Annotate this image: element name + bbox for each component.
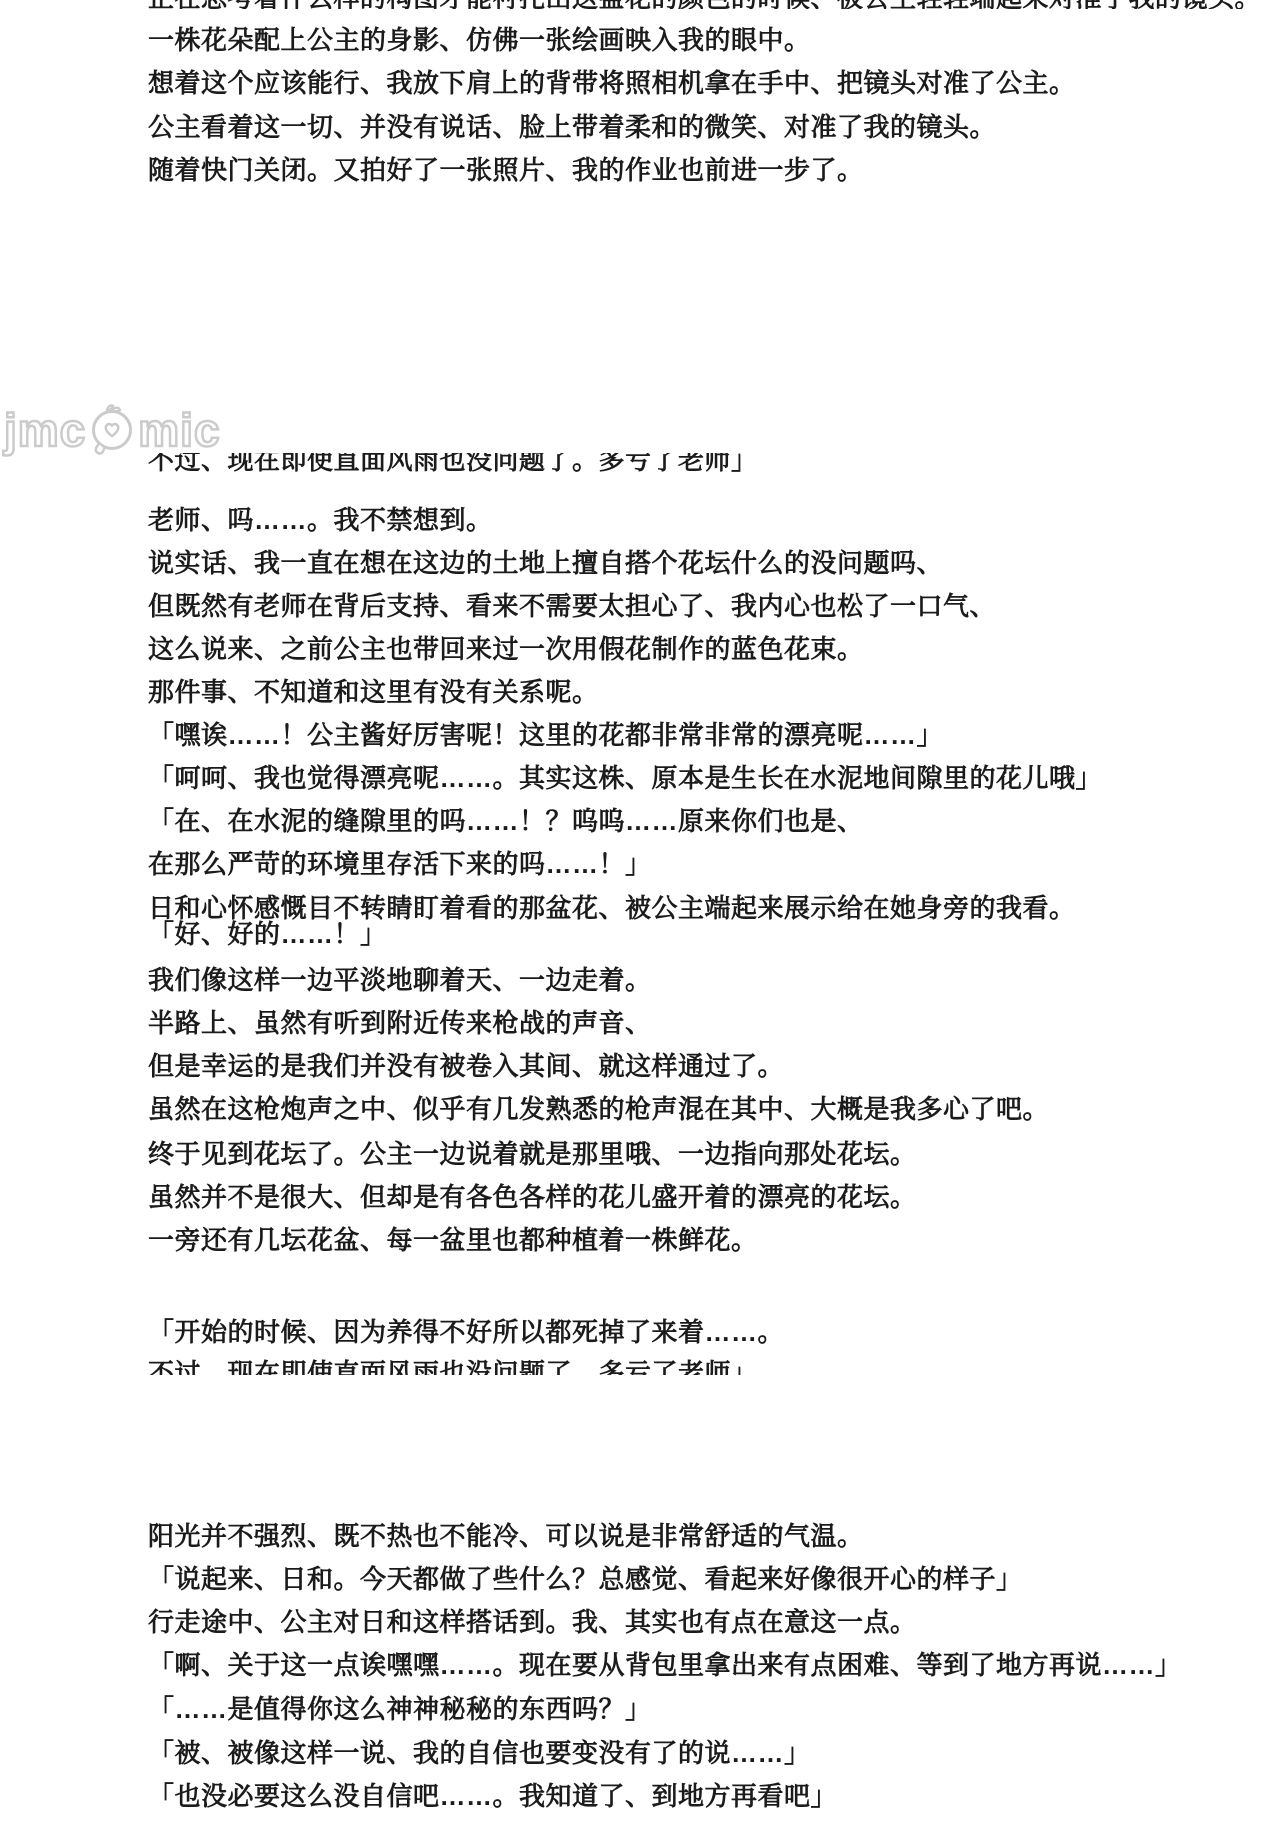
text-line-content: 正在思考着什么样的构图才能衬托出这盆花的颜色的时候、被公主轻轻端起来对准了我的镜… [148, 0, 1278, 9]
watermark-text-right: mic [138, 404, 220, 456]
jmcomic-watermark: jmc mic [4, 404, 221, 456]
text-line-content: 不过、现在即使直面风雨也没问题了。多亏了老师」 [148, 453, 1278, 475]
text-line: 虽然在这枪炮声之中、似乎有几发熟悉的枪声混在其中、大概是我多心了吧。 [148, 1094, 1049, 1124]
text-line: 公主看着这一切、并没有说话、脸上带着柔和的微笑、对准了我的镜头。 [148, 112, 996, 142]
text-line: 终于见到花坛了。公主一边说着就是那里哦、一边指向那处花坛。 [148, 1139, 917, 1169]
text-line: 「被、被像这样一说、我的自信也要变没有了的说……」 [148, 1738, 811, 1768]
text-line: 老师、吗……。我不禁想到。 [148, 505, 493, 535]
text-line: 「啊、关于这一点诶嘿嘿……。现在要从背包里拿出来有点困难、等到了地方再说……」 [148, 1650, 1182, 1680]
text-line: 「嘿诶……！公主酱好厉害呢！这里的花都非常非常的漂亮呢……」 [148, 720, 943, 750]
watermark-text-left: jmc [4, 404, 86, 456]
text-line: 我们像这样一边平淡地聊着天、一边走着。 [148, 965, 652, 995]
text-line: 随着快门关闭。又拍好了一张照片、我的作业也前进一步了。 [148, 155, 864, 185]
watermark-mascot-icon [87, 404, 137, 456]
text-line: 想着这个应该能行、我放下肩上的背带将照相机拿在手中、把镜头对准了公主。 [148, 68, 1076, 98]
novel-text-page: 正在思考着什么样的构图才能衬托出这盆花的颜色的时候、被公主轻轻端起来对准了我的镜… [0, 0, 1280, 1824]
text-line: 但既然有老师在背后支持、看来不需要太担心了、我内心也松了一口气、 [148, 591, 996, 621]
text-line: 一旁还有几坛花盆、每一盆里也都种植着一株鲜花。 [148, 1225, 758, 1255]
text-line: 「开始的时候、因为养得不好所以都死掉了来着……。 [148, 1317, 784, 1347]
text-line: 半路上、虽然有听到附近传来枪战的声音、 [148, 1008, 652, 1038]
text-line: 「……是值得你这么神神秘秘的东西吗？」 [148, 1694, 652, 1724]
text-line: 虽然并不是很大、但却是有各色各样的花儿盛开着的漂亮的花坛。 [148, 1182, 917, 1212]
text-line: 在那么严苛的环境里存活下来的吗……！」 [148, 849, 652, 879]
clipped-text-line: 正在思考着什么样的构图才能衬托出这盆花的颜色的时候、被公主轻轻端起来对准了我的镜… [148, 0, 1278, 9]
text-line: 「呵呵、我也觉得漂亮呢……。其实这株、原本是生长在水泥地间隙里的花儿哦」 [148, 763, 1102, 793]
text-line-content: 不过、现在即使直面风雨也没问题了、多亏了老师」 [148, 1358, 1278, 1375]
text-line: 「好、好的……！」 [148, 919, 387, 949]
clipped-text-line: 不过、现在即使直面风雨也没问题了、多亏了老师」 [148, 1358, 1278, 1375]
text-line: 行走途中、公主对日和这样搭话到。我、其实也有点在意这一点。 [148, 1607, 917, 1637]
text-line: 说实话、我一直在想在这边的土地上擅自搭个花坛什么的没问题吗、 [148, 548, 943, 578]
clipped-text-line: 不过、现在即使直面风雨也没问题了。多亏了老师」 [148, 453, 1278, 478]
text-line: 阳光并不强烈、既不热也不能冷、可以说是非常舒适的气温。 [148, 1521, 864, 1551]
text-line: 「在、在水泥的缝隙里的吗……！？呜呜……原来你们也是、 [148, 806, 864, 836]
text-line: 「说起来、日和。今天都做了些什么？总感觉、看起来好像很开心的样子」 [148, 1564, 1023, 1594]
text-line: 那件事、不知道和这里有没有关系呢。 [148, 677, 599, 707]
text-line: 一株花朵配上公主的身影、仿佛一张绘画映入我的眼中。 [148, 25, 811, 55]
text-line: 这么说来、之前公主也带回来过一次用假花制作的蓝色花束。 [148, 634, 864, 664]
text-line: 但是幸运的是我们并没有被卷入其间、就这样通过了。 [148, 1051, 784, 1081]
text-line: 「也没必要这么没自信吧……。我知道了、到地方再看吧」 [148, 1781, 837, 1811]
